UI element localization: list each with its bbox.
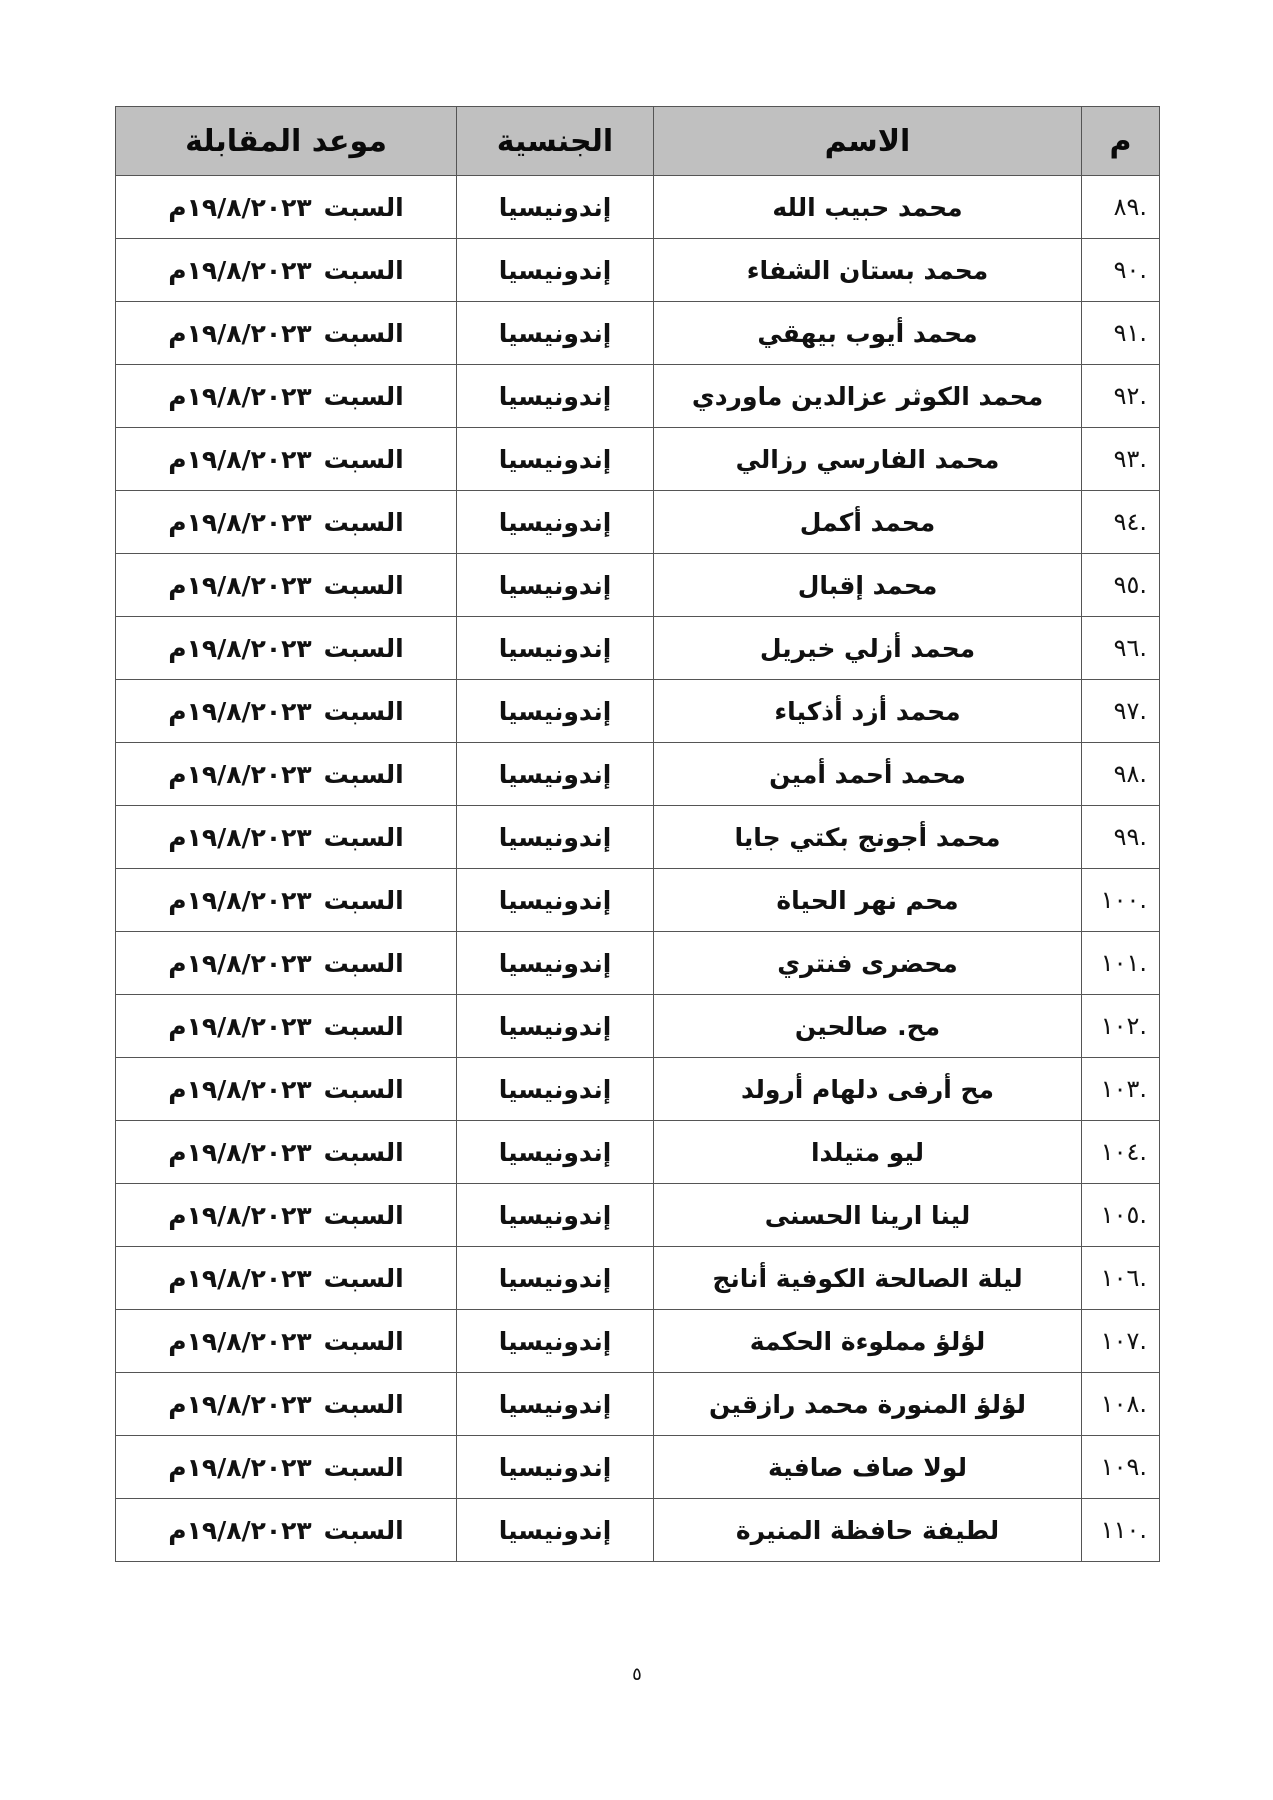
interview-day: السبت <box>324 760 404 789</box>
applicant-name: محمد أزلي خيريل <box>654 617 1082 680</box>
row-number: .٩٥ <box>1082 554 1160 617</box>
applicant-name: محضرى فنتري <box>654 932 1082 995</box>
row-number: .٩٨ <box>1082 743 1160 806</box>
nationality: إندونيسيا <box>457 743 654 806</box>
interview-date: السبت١٩/٨/٢٠٢٣م <box>116 1310 457 1373</box>
interview-date-value: ١٩/٨/٢٠٢٣م <box>168 382 311 411</box>
table-row: .١٠٠محم نهر الحياةإندونيسياالسبت١٩/٨/٢٠٢… <box>116 869 1160 932</box>
table-row: .١٠٦ليلة الصالحة الكوفية أنانجإندونيسياا… <box>116 1247 1160 1310</box>
interview-day: السبت <box>324 508 404 537</box>
nationality: إندونيسيا <box>457 1373 654 1436</box>
interview-date: السبت١٩/٨/٢٠٢٣م <box>116 1184 457 1247</box>
interview-date: السبت١٩/٨/٢٠٢٣م <box>116 365 457 428</box>
applicant-name: ليلة الصالحة الكوفية أنانج <box>654 1247 1082 1310</box>
interview-date: السبت١٩/٨/٢٠٢٣م <box>116 239 457 302</box>
applicant-name: محمد أحمد أمين <box>654 743 1082 806</box>
table-row: .٩٦محمد أزلي خيريلإندونيسياالسبت١٩/٨/٢٠٢… <box>116 617 1160 680</box>
row-number: .١٠٩ <box>1082 1436 1160 1499</box>
interview-date: السبت١٩/٨/٢٠٢٣م <box>116 554 457 617</box>
interview-date: السبت١٩/٨/٢٠٢٣م <box>116 932 457 995</box>
applicant-name: محمد أيوب بيهقي <box>654 302 1082 365</box>
interview-date: السبت١٩/٨/٢٠٢٣م <box>116 428 457 491</box>
applicant-name: لؤلؤ مملوءة الحكمة <box>654 1310 1082 1373</box>
row-number: .٩٧ <box>1082 680 1160 743</box>
table-row: .٩٠محمد بستان الشفاءإندونيسياالسبت١٩/٨/٢… <box>116 239 1160 302</box>
interview-date-value: ١٩/٨/٢٠٢٣م <box>168 886 311 915</box>
interview-date-value: ١٩/٨/٢٠٢٣م <box>168 1516 311 1545</box>
nationality: إندونيسيا <box>457 1247 654 1310</box>
interview-day: السبت <box>324 445 404 474</box>
row-number: .٩٤ <box>1082 491 1160 554</box>
nationality: إندونيسيا <box>457 1058 654 1121</box>
interview-day: السبت <box>324 256 404 285</box>
interview-date-value: ١٩/٨/٢٠٢٣م <box>168 1138 311 1167</box>
table-row: .٩٥محمد إقبالإندونيسياالسبت١٩/٨/٢٠٢٣م <box>116 554 1160 617</box>
interview-date-value: ١٩/٨/٢٠٢٣م <box>168 1201 311 1230</box>
interview-date-value: ١٩/٨/٢٠٢٣م <box>168 1327 311 1356</box>
interview-date: السبت١٩/٨/٢٠٢٣م <box>116 1121 457 1184</box>
page-number: ٥ <box>627 1664 647 1685</box>
table-row: .١٠١محضرى فنتريإندونيسياالسبت١٩/٨/٢٠٢٣م <box>116 932 1160 995</box>
nationality: إندونيسيا <box>457 365 654 428</box>
table-row: .٩٧محمد أزد أذكياءإندونيسياالسبت١٩/٨/٢٠٢… <box>116 680 1160 743</box>
applicant-name: محم نهر الحياة <box>654 869 1082 932</box>
applicant-name: محمد الفارسي رزالي <box>654 428 1082 491</box>
nationality: إندونيسيا <box>457 932 654 995</box>
table-row: .٩٣محمد الفارسي رزاليإندونيسياالسبت١٩/٨/… <box>116 428 1160 491</box>
interview-date: السبت١٩/٨/٢٠٢٣م <box>116 617 457 680</box>
table-row: .١٠٣مح أرفى دلهام أرولدإندونيسياالسبت١٩/… <box>116 1058 1160 1121</box>
interview-day: السبت <box>324 1516 404 1545</box>
table-row: .٩٨محمد أحمد أمينإندونيسياالسبت١٩/٨/٢٠٢٣… <box>116 743 1160 806</box>
interview-date: السبت١٩/٨/٢٠٢٣م <box>116 302 457 365</box>
interview-date-value: ١٩/٨/٢٠٢٣م <box>168 508 311 537</box>
interview-date: السبت١٩/٨/٢٠٢٣م <box>116 176 457 239</box>
interview-date-value: ١٩/٨/٢٠٢٣م <box>168 1390 311 1419</box>
applicant-name: لينا ارينا الحسنى <box>654 1184 1082 1247</box>
interview-day: السبت <box>324 1075 404 1104</box>
interview-date-value: ١٩/٨/٢٠٢٣م <box>168 634 311 663</box>
table-row: .١٠٤ليو متيلداإندونيسياالسبت١٩/٨/٢٠٢٣م <box>116 1121 1160 1184</box>
row-number: .١٠٠ <box>1082 869 1160 932</box>
interview-date: السبت١٩/٨/٢٠٢٣م <box>116 995 457 1058</box>
nationality: إندونيسيا <box>457 617 654 680</box>
nationality: إندونيسيا <box>457 1436 654 1499</box>
interview-date: السبت١٩/٨/٢٠٢٣م <box>116 806 457 869</box>
interview-day: السبت <box>324 634 404 663</box>
nationality: إندونيسيا <box>457 1121 654 1184</box>
header-interview-date: موعد المقابلة <box>116 107 457 176</box>
header-nationality: الجنسية <box>457 107 654 176</box>
interview-date-value: ١٩/٨/٢٠٢٣م <box>168 823 311 852</box>
table-row: .١٠٧لؤلؤ مملوءة الحكمةإندونيسياالسبت١٩/٨… <box>116 1310 1160 1373</box>
interview-day: السبت <box>324 1453 404 1482</box>
interview-date-value: ١٩/٨/٢٠٢٣م <box>168 571 311 600</box>
nationality: إندونيسيا <box>457 1499 654 1562</box>
interview-day: السبت <box>324 1264 404 1293</box>
interview-date-value: ١٩/٨/٢٠٢٣م <box>168 1075 311 1104</box>
table-row: .٩١محمد أيوب بيهقيإندونيسياالسبت١٩/٨/٢٠٢… <box>116 302 1160 365</box>
nationality: إندونيسيا <box>457 554 654 617</box>
interview-day: السبت <box>324 823 404 852</box>
row-number: .١٠٨ <box>1082 1373 1160 1436</box>
applicant-name: محمد أزد أذكياء <box>654 680 1082 743</box>
interview-day: السبت <box>324 571 404 600</box>
row-number: .٩٢ <box>1082 365 1160 428</box>
interview-day: السبت <box>324 886 404 915</box>
nationality: إندونيسيا <box>457 302 654 365</box>
interview-date-value: ١٩/٨/٢٠٢٣م <box>168 445 311 474</box>
interview-date-value: ١٩/٨/٢٠٢٣م <box>168 319 311 348</box>
interview-date-value: ١٩/٨/٢٠٢٣م <box>168 697 311 726</box>
interview-day: السبت <box>324 1390 404 1419</box>
row-number: .٨٩ <box>1082 176 1160 239</box>
row-number: .٩٦ <box>1082 617 1160 680</box>
table-row: .١٠٢مح. صالحينإندونيسياالسبت١٩/٨/٢٠٢٣م <box>116 995 1160 1058</box>
applicant-name: محمد أجونج بكتي جايا <box>654 806 1082 869</box>
interview-day: السبت <box>324 193 404 222</box>
table-row: .١٠٩لولا صاف صافيةإندونيسياالسبت١٩/٨/٢٠٢… <box>116 1436 1160 1499</box>
row-number: .١٠٣ <box>1082 1058 1160 1121</box>
table-row: .١١٠لطيفة حافظة المنيرةإندونيسياالسبت١٩/… <box>116 1499 1160 1562</box>
applicant-name: محمد الكوثر عزالدين ماوردي <box>654 365 1082 428</box>
applicant-name: لؤلؤ المنورة محمد رازقين <box>654 1373 1082 1436</box>
interview-date-value: ١٩/٨/٢٠٢٣م <box>168 1264 311 1293</box>
interview-date: السبت١٩/٨/٢٠٢٣م <box>116 680 457 743</box>
nationality: إندونيسيا <box>457 176 654 239</box>
interview-date: السبت١٩/٨/٢٠٢٣م <box>116 491 457 554</box>
interview-date: السبت١٩/٨/٢٠٢٣م <box>116 1499 457 1562</box>
row-number: .٩٩ <box>1082 806 1160 869</box>
interview-schedule-table: م الاسم الجنسية موعد المقابلة .٨٩محمد حب… <box>115 106 1160 1562</box>
interview-date: السبت١٩/٨/٢٠٢٣م <box>116 1058 457 1121</box>
row-number: .١٠٤ <box>1082 1121 1160 1184</box>
table-row: .٩٢محمد الكوثر عزالدين ماورديإندونيسياال… <box>116 365 1160 428</box>
interview-day: السبت <box>324 1012 404 1041</box>
interview-date: السبت١٩/٨/٢٠٢٣م <box>116 743 457 806</box>
interview-day: السبت <box>324 382 404 411</box>
nationality: إندونيسيا <box>457 491 654 554</box>
applicant-name: محمد حبيب الله <box>654 176 1082 239</box>
interview-day: السبت <box>324 697 404 726</box>
interview-date-value: ١٩/٨/٢٠٢٣م <box>168 949 311 978</box>
row-number: .٩١ <box>1082 302 1160 365</box>
row-number: .١٠١ <box>1082 932 1160 995</box>
row-number: .١٠٦ <box>1082 1247 1160 1310</box>
applicant-name: مح أرفى دلهام أرولد <box>654 1058 1082 1121</box>
interview-date-value: ١٩/٨/٢٠٢٣م <box>168 1012 311 1041</box>
applicant-name: محمد إقبال <box>654 554 1082 617</box>
applicant-name: لطيفة حافظة المنيرة <box>654 1499 1082 1562</box>
nationality: إندونيسيا <box>457 995 654 1058</box>
interview-date: السبت١٩/٨/٢٠٢٣م <box>116 1247 457 1310</box>
applicant-name: لولا صاف صافية <box>654 1436 1082 1499</box>
nationality: إندونيسيا <box>457 428 654 491</box>
table-row: .٩٤محمد أكملإندونيسياالسبت١٩/٨/٢٠٢٣م <box>116 491 1160 554</box>
nationality: إندونيسيا <box>457 239 654 302</box>
interview-day: السبت <box>324 1201 404 1230</box>
applicant-name: ليو متيلدا <box>654 1121 1082 1184</box>
table-row: .٩٩محمد أجونج بكتي جاياإندونيسياالسبت١٩/… <box>116 806 1160 869</box>
interview-day: السبت <box>324 1327 404 1356</box>
nationality: إندونيسيا <box>457 869 654 932</box>
row-number: .١٠٥ <box>1082 1184 1160 1247</box>
interview-day: السبت <box>324 319 404 348</box>
table-row: .١٠٨لؤلؤ المنورة محمد رازقينإندونيسياالس… <box>116 1373 1160 1436</box>
table-body: .٨٩محمد حبيب اللهإندونيسياالسبت١٩/٨/٢٠٢٣… <box>116 176 1160 1562</box>
nationality: إندونيسيا <box>457 680 654 743</box>
row-number: .١١٠ <box>1082 1499 1160 1562</box>
nationality: إندونيسيا <box>457 1310 654 1373</box>
interview-date-value: ١٩/٨/٢٠٢٣م <box>168 1453 311 1482</box>
interview-date: السبت١٩/٨/٢٠٢٣م <box>116 1373 457 1436</box>
interview-date: السبت١٩/٨/٢٠٢٣م <box>116 1436 457 1499</box>
interview-date-value: ١٩/٨/٢٠٢٣م <box>168 760 311 789</box>
nationality: إندونيسيا <box>457 806 654 869</box>
table-row: .١٠٥لينا ارينا الحسنىإندونيسياالسبت١٩/٨/… <box>116 1184 1160 1247</box>
nationality: إندونيسيا <box>457 1184 654 1247</box>
header-name: الاسم <box>654 107 1082 176</box>
row-number: .٩٣ <box>1082 428 1160 491</box>
applicant-name: محمد أكمل <box>654 491 1082 554</box>
table-row: .٨٩محمد حبيب اللهإندونيسياالسبت١٩/٨/٢٠٢٣… <box>116 176 1160 239</box>
interview-date-value: ١٩/٨/٢٠٢٣م <box>168 193 311 222</box>
header-row: م الاسم الجنسية موعد المقابلة <box>116 107 1160 176</box>
interview-date: السبت١٩/٨/٢٠٢٣م <box>116 869 457 932</box>
interview-date-value: ١٩/٨/٢٠٢٣م <box>168 256 311 285</box>
applicant-name: محمد بستان الشفاء <box>654 239 1082 302</box>
row-number: .١٠٧ <box>1082 1310 1160 1373</box>
table-header: م الاسم الجنسية موعد المقابلة <box>116 107 1160 176</box>
row-number: .٩٠ <box>1082 239 1160 302</box>
interview-day: السبت <box>324 1138 404 1167</box>
row-number: .١٠٢ <box>1082 995 1160 1058</box>
header-number: م <box>1082 107 1160 176</box>
applicant-name: مح. صالحين <box>654 995 1082 1058</box>
interview-day: السبت <box>324 949 404 978</box>
